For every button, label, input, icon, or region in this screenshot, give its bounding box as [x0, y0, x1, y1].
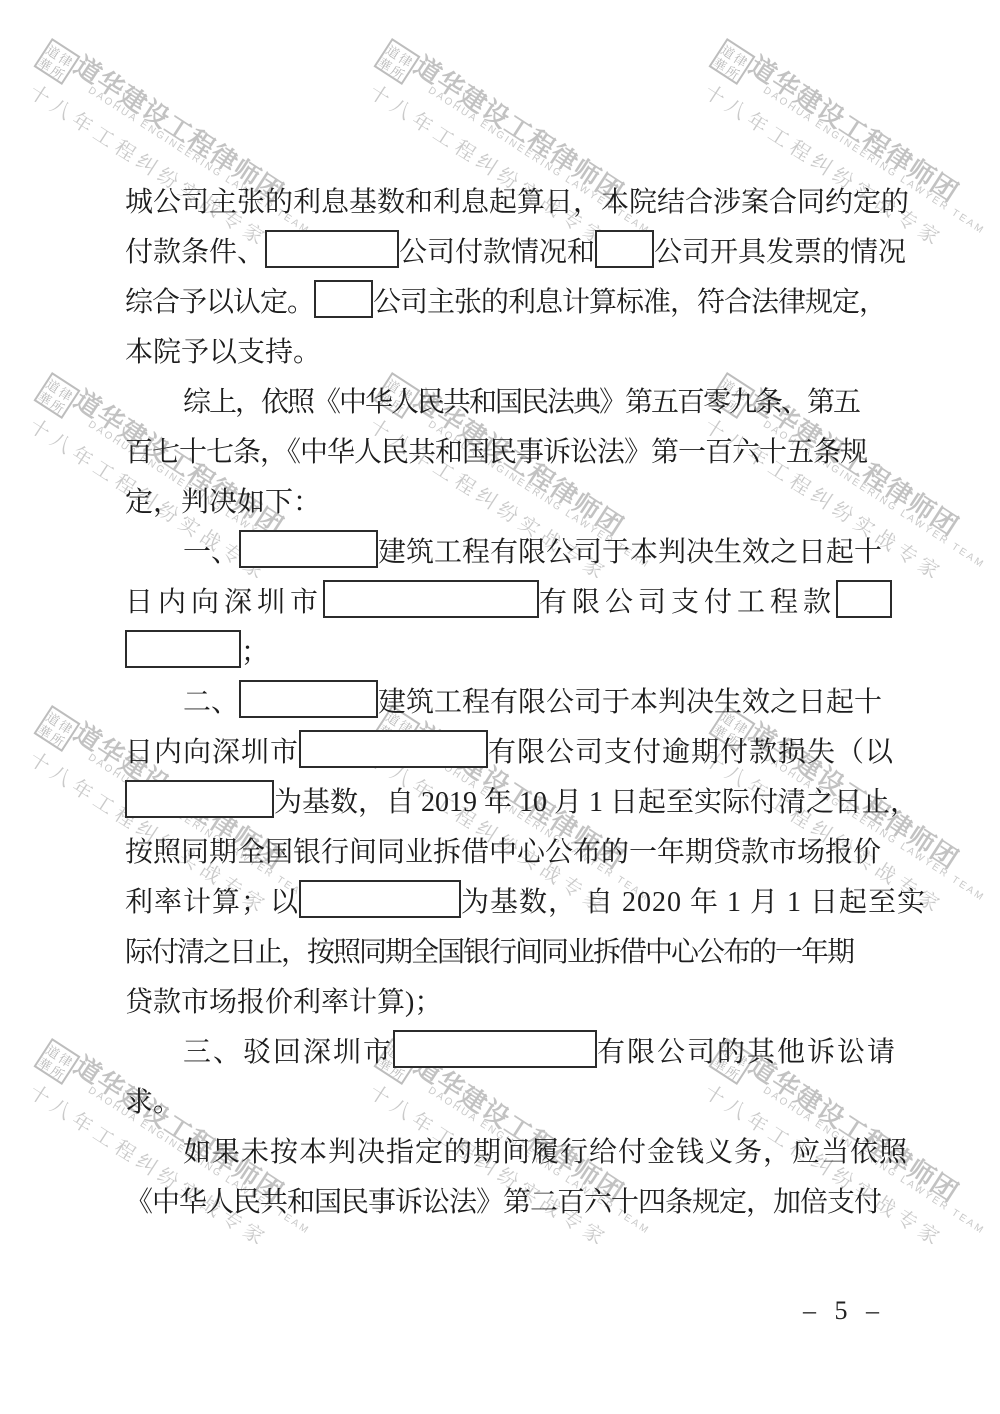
- document-line: 日内向深圳市有限公司支付逾期付款损失（以: [125, 728, 885, 778]
- text-run: 百七十七条，《中华人民共和国民事诉讼法》第一百六十五条规: [125, 437, 867, 468]
- text-run: 定，判决如下：: [125, 487, 321, 518]
- redaction-box: [239, 530, 378, 568]
- text-run: ；: [241, 637, 269, 668]
- document-line: 本院予以支持。: [125, 328, 885, 378]
- document-line: 城公司主张的利息基数和利息起算日，本院结合涉案合同约定的: [125, 178, 885, 228]
- document-line: ；: [125, 628, 885, 678]
- text-run: 二、: [183, 687, 239, 718]
- text-run: 城公司主张的利息基数和利息起算日，本院结合涉案合同约定的: [125, 187, 909, 218]
- judgment-page: 道律華所道华建设工程律师团DAOHUA ENGINEERING LAWYER T…: [0, 0, 1000, 1414]
- document-line: 《中华人民共和国民事诉讼法》第二百六十四条规定，加倍支付: [125, 1178, 885, 1228]
- text-run: 综合予以认定。: [125, 287, 314, 318]
- text-run: 有限公司支付工程款: [539, 587, 836, 618]
- text-run: 如果未按本判决指定的期间履行给付金钱义务，应当依照: [183, 1137, 908, 1168]
- text-run: 一、: [183, 537, 239, 568]
- document-line: 一、建筑工程有限公司于本判决生效之日起十: [125, 528, 885, 578]
- document-line: 贷款市场报价利率计算)；: [125, 978, 885, 1028]
- text-run: 付款条件、: [125, 237, 265, 268]
- page-number: – 5 –: [803, 1296, 885, 1326]
- text-run: 际付清之日止，按照同期全国银行间同业拆借中心公布的一年期: [125, 937, 853, 968]
- text-run: 本院予以支持。: [125, 337, 321, 368]
- document-line: 为基数，自 2019 年 10 月 1 日起至实际付清之日止，: [125, 778, 885, 828]
- document-line: 付款条件、公司付款情况和公司开具发票的情况: [125, 228, 885, 278]
- document-line: 百七十七条，《中华人民共和国民事诉讼法》第一百六十五条规: [125, 428, 885, 478]
- text-run: 《中华人民共和国民事诉讼法》第二百六十四条规定，加倍支付: [125, 1187, 881, 1218]
- redaction-box: [299, 880, 461, 918]
- redaction-box: [265, 230, 399, 268]
- text-run: 有限公司支付逾期付款损失（以: [488, 737, 894, 768]
- text-run: 求。: [125, 1087, 181, 1118]
- document-line: 际付清之日止，按照同期全国银行间同业拆借中心公布的一年期: [125, 928, 885, 978]
- text-run: 公司主张的利息计算标准，符合法律规定，: [373, 287, 886, 318]
- document-line: 如果未按本判决指定的期间履行给付金钱义务，应当依照: [125, 1128, 885, 1178]
- redaction-box: [125, 630, 241, 668]
- text-run: 三、驳回深圳市: [183, 1037, 393, 1068]
- judgment-text-body: 城公司主张的利息基数和利息起算日，本院结合涉案合同约定的付款条件、公司付款情况和…: [125, 178, 885, 1228]
- text-run: 利率计算；以: [125, 887, 299, 918]
- text-run: 为基数，自 2019 年 10 月 1 日起至实际付清之日止，: [274, 787, 918, 818]
- text-run: 建筑工程有限公司于本判决生效之日起十: [378, 687, 882, 718]
- document-line: 按照同期全国银行间同业拆借中心公布的一年期贷款市场报价: [125, 828, 885, 878]
- redaction-box: [239, 680, 378, 718]
- document-line: 二、建筑工程有限公司于本判决生效之日起十: [125, 678, 885, 728]
- text-run: 公司开具发票的情况: [654, 237, 906, 268]
- redaction-box: [393, 1030, 597, 1068]
- document-line: 求。: [125, 1078, 885, 1128]
- text-run: 按照同期全国银行间同业拆借中心公布的一年期贷款市场报价: [125, 837, 881, 868]
- document-line: 综合予以认定。公司主张的利息计算标准，符合法律规定，: [125, 278, 885, 328]
- text-run: 日内向深圳市: [125, 737, 299, 768]
- text-run: 贷款市场报价利率计算)；: [125, 987, 442, 1018]
- document-line: 利率计算；以为基数， 自 2020 年 1 月 1 日起至实: [125, 878, 885, 928]
- redaction-box: [836, 580, 892, 618]
- redaction-box: [323, 580, 539, 618]
- redaction-box: [299, 730, 488, 768]
- text-run: 建筑工程有限公司于本判决生效之日起十: [378, 537, 882, 568]
- text-run: 综上，依照《中华人民共和国民法典》第五百零九条、第五: [183, 387, 859, 418]
- redaction-box: [125, 780, 274, 818]
- text-run: 公司付款情况和: [399, 237, 595, 268]
- document-line: 日内向深圳市有限公司支付工程款: [125, 578, 885, 628]
- text-run: 为基数， 自 2020 年 1 月 1 日起至实: [461, 887, 926, 918]
- redaction-box: [314, 280, 373, 318]
- text-run: 有限公司的其他诉讼请: [597, 1037, 897, 1068]
- document-line: 三、驳回深圳市有限公司的其他诉讼请: [125, 1028, 885, 1078]
- document-line: 定，判决如下：: [125, 478, 885, 528]
- document-line: 综上，依照《中华人民共和国民法典》第五百零九条、第五: [125, 378, 885, 428]
- redaction-box: [595, 230, 654, 268]
- text-run: 日内向深圳市: [125, 587, 323, 618]
